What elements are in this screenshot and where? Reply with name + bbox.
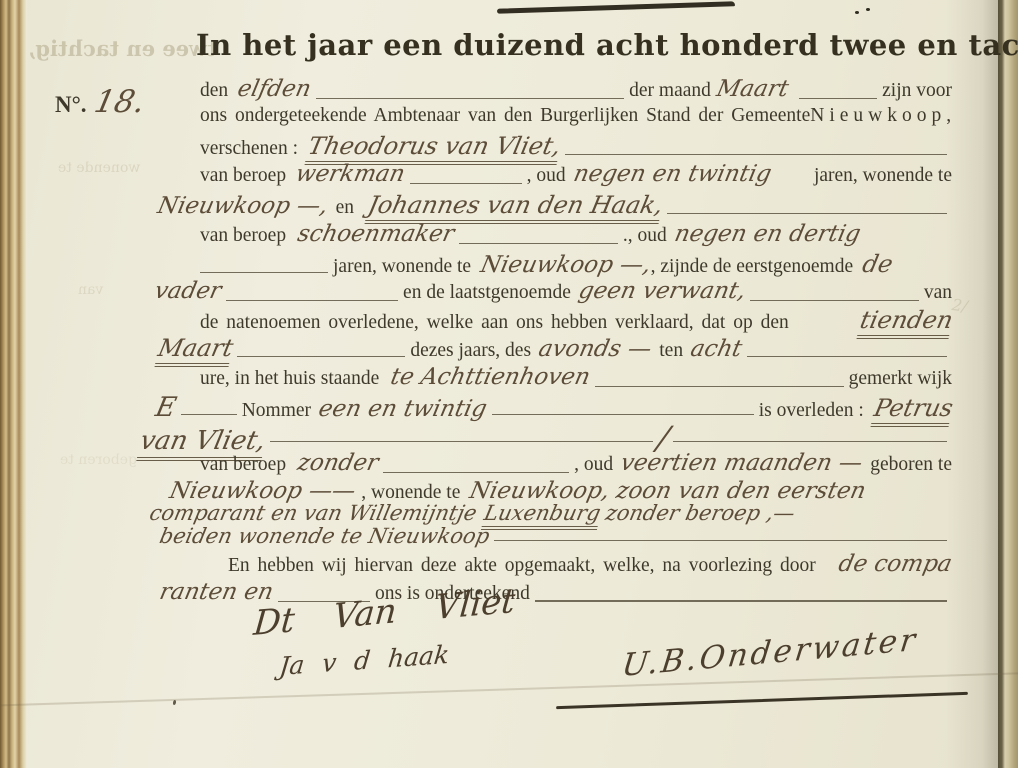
line-official: ons ondergeteekende Ambtenaar van den Bu…: [200, 105, 952, 135]
label-en: en: [336, 197, 354, 219]
filler-rule: [459, 241, 618, 244]
line-declarant2-residence: jaren, wonende te Nieuwkoop —, , zijnde …: [200, 250, 952, 280]
signature-registrar: U.B.Onderwater: [620, 622, 920, 684]
record-number: N°. 18.: [55, 84, 144, 114]
entry-relation2: geen verwant,: [576, 278, 748, 304]
label-den: den: [200, 80, 228, 102]
record-number-label: N°.: [55, 92, 87, 118]
filler-rule: [747, 354, 947, 357]
entry-death-month: Maart: [154, 334, 235, 367]
label-jaren-wonende: jaren, wonende te: [333, 256, 471, 278]
line-parents: comparant en van Willemijntje Luxenburg …: [150, 501, 952, 525]
entry-deceased-occupation: zonder: [295, 450, 381, 476]
entry-relation1-part1: de: [860, 250, 896, 278]
filler-rule: [181, 412, 237, 415]
paper-crease: [0, 671, 1018, 708]
book-left-edge: [0, 0, 27, 768]
filler-rule: [535, 598, 947, 602]
label-zijnde: , zijnde de eerstgenoemde: [651, 256, 854, 278]
akte-title: In het jaar een duizend acht honderd twe…: [196, 28, 968, 62]
gemeente-name: Nieuwkoop,: [810, 105, 956, 127]
entry-relation1-part2: vader: [152, 278, 224, 304]
entry-declarant1-residence: Nieuwkoop —,: [155, 193, 330, 219]
filler-rule: [595, 384, 843, 387]
line-deceased-details: van beroep zonder , oud veertien maanden…: [200, 450, 952, 480]
line-declarant2-name: Nieuwkoop —, en Johannes van den Haak,: [158, 191, 952, 221]
filler-rule: [492, 412, 754, 415]
line-declaration: de natenoemen overledene, welke aan ons …: [200, 306, 952, 336]
entry-day: elfden: [235, 76, 313, 102]
filler-rule: [226, 298, 398, 301]
entry-parents-residence: beiden wonende te Nieuwkoop: [157, 524, 491, 548]
entry-declarant2-age: negen en dertig: [672, 221, 863, 247]
entry-deceased-age: veertien maanden —: [618, 450, 865, 476]
line-declarant1-name: verschenen : Theodorus van Vliet,: [200, 132, 952, 162]
line-deceased-surname: van Vliet, /: [140, 419, 952, 449]
filler-rule: [200, 270, 328, 273]
label-official: ons ondergeteekende Ambtenaar van den Bu…: [200, 105, 810, 127]
entry-declarant2-residence: Nieuwkoop —,: [478, 252, 653, 278]
filler-rule: [799, 96, 877, 99]
ink-speck: [172, 700, 177, 706]
label-van: van: [924, 282, 952, 304]
label-van-beroep: van beroep: [200, 225, 286, 247]
entry-declarant2-name: Johannes van den Haak,: [364, 191, 665, 224]
label-oud: ., oud: [623, 225, 667, 247]
death-certificate-scan: twee en tachtig, wonende te van 2/ gebor…: [0, 0, 1018, 768]
entry-month: Maart: [714, 76, 791, 102]
entry-parents-text: comparant en van Willemijntje: [147, 501, 479, 525]
label-oud: , oud: [527, 165, 566, 187]
line-closing1: En hebben wij hiervan deze akte opgemaak…: [228, 551, 952, 581]
label-dezes-jaars: dezes jaars, des: [410, 340, 531, 362]
label-ten: ten: [659, 340, 683, 362]
ink-dot: [855, 11, 859, 14]
filler-rule: [316, 96, 624, 99]
filler-rule: [667, 211, 947, 214]
line-parents-residence: beiden wonende te Nieuwkoop: [160, 524, 952, 548]
filler-rule: [673, 439, 947, 442]
label-closing1: En hebben wij hiervan deze akte opgemaak…: [228, 555, 839, 577]
line-declarant1-details: van beroep werkman , oud negen en twinti…: [200, 161, 952, 191]
label-gemerkt-wijk: gemerkt wijk: [849, 368, 952, 390]
label-der-maand: der maand: [629, 80, 711, 102]
line-house-number: E Nommer een en twintig is overleden : P…: [156, 392, 952, 422]
bleed-through-text: twee en tachtig,: [28, 36, 217, 61]
label-van-beroep: van beroep: [200, 454, 286, 476]
bleed-through-text: van: [78, 282, 103, 298]
ink-stroke: [497, 1, 735, 13]
entry-death-house: te Achttienhoven: [388, 364, 592, 390]
bleed-through-text: wonende te: [58, 160, 140, 176]
entry-parents-occupation: zonder beroep ,—: [604, 501, 798, 525]
line-death-house: ure, in het huis staande te Achttienhove…: [200, 364, 952, 394]
label-ure: ure, in het huis staande: [200, 368, 379, 390]
filler-rule: [270, 439, 653, 442]
label-laatstgenoemde: en de laatstgenoemde: [403, 282, 571, 304]
entry-closing-hw2: ranten en: [157, 579, 275, 605]
filler-rule: [410, 181, 522, 184]
signature-declarant2: Ja v d haak: [278, 640, 451, 681]
entry-declarant1-age: negen en twintig: [571, 161, 774, 187]
record-number-value: 18.: [91, 84, 148, 120]
label-verschenen: verschenen :: [200, 138, 298, 160]
entry-declarant2-occupation: schoenmaker: [295, 221, 456, 247]
entry-closing-hw1: de compa: [837, 551, 955, 577]
label-oud: , oud: [574, 454, 613, 476]
label-natenoemen: de natenoemen overledene, welke aan ons …: [200, 312, 860, 334]
entry-death-daypart: avonds —: [536, 336, 654, 362]
label-jaren-wonende: jaren, wonende te: [814, 165, 952, 187]
filler-rule: [750, 298, 919, 301]
filler-rule: [383, 470, 569, 473]
signature-flourish-line: [556, 692, 968, 709]
label-geboren-te: geboren te: [870, 454, 952, 476]
book-right-edge: [998, 0, 1018, 768]
label-van-beroep: van beroep: [200, 165, 286, 187]
line-death-time: Maart dezes jaars, des avonds — ten acht: [158, 334, 952, 364]
label-zijn-voor: zijn voor: [882, 80, 952, 102]
entry-declarant1-occupation: werkman: [293, 161, 407, 187]
line-relations: vader en de laatstgenoemde geen verwant,…: [155, 278, 952, 308]
filler-rule: [237, 354, 405, 357]
ink-dot: [866, 8, 870, 11]
entry-death-hour: acht: [688, 336, 744, 362]
bleed-through-text: geboren te: [60, 452, 137, 468]
filler-rule: [565, 152, 947, 155]
line-date: den elfden der maand Maart zijn voor: [200, 76, 952, 106]
line-declarant2-details: van beroep schoenmaker ., oud negen en d…: [200, 221, 860, 251]
filler-rule: [494, 538, 947, 541]
